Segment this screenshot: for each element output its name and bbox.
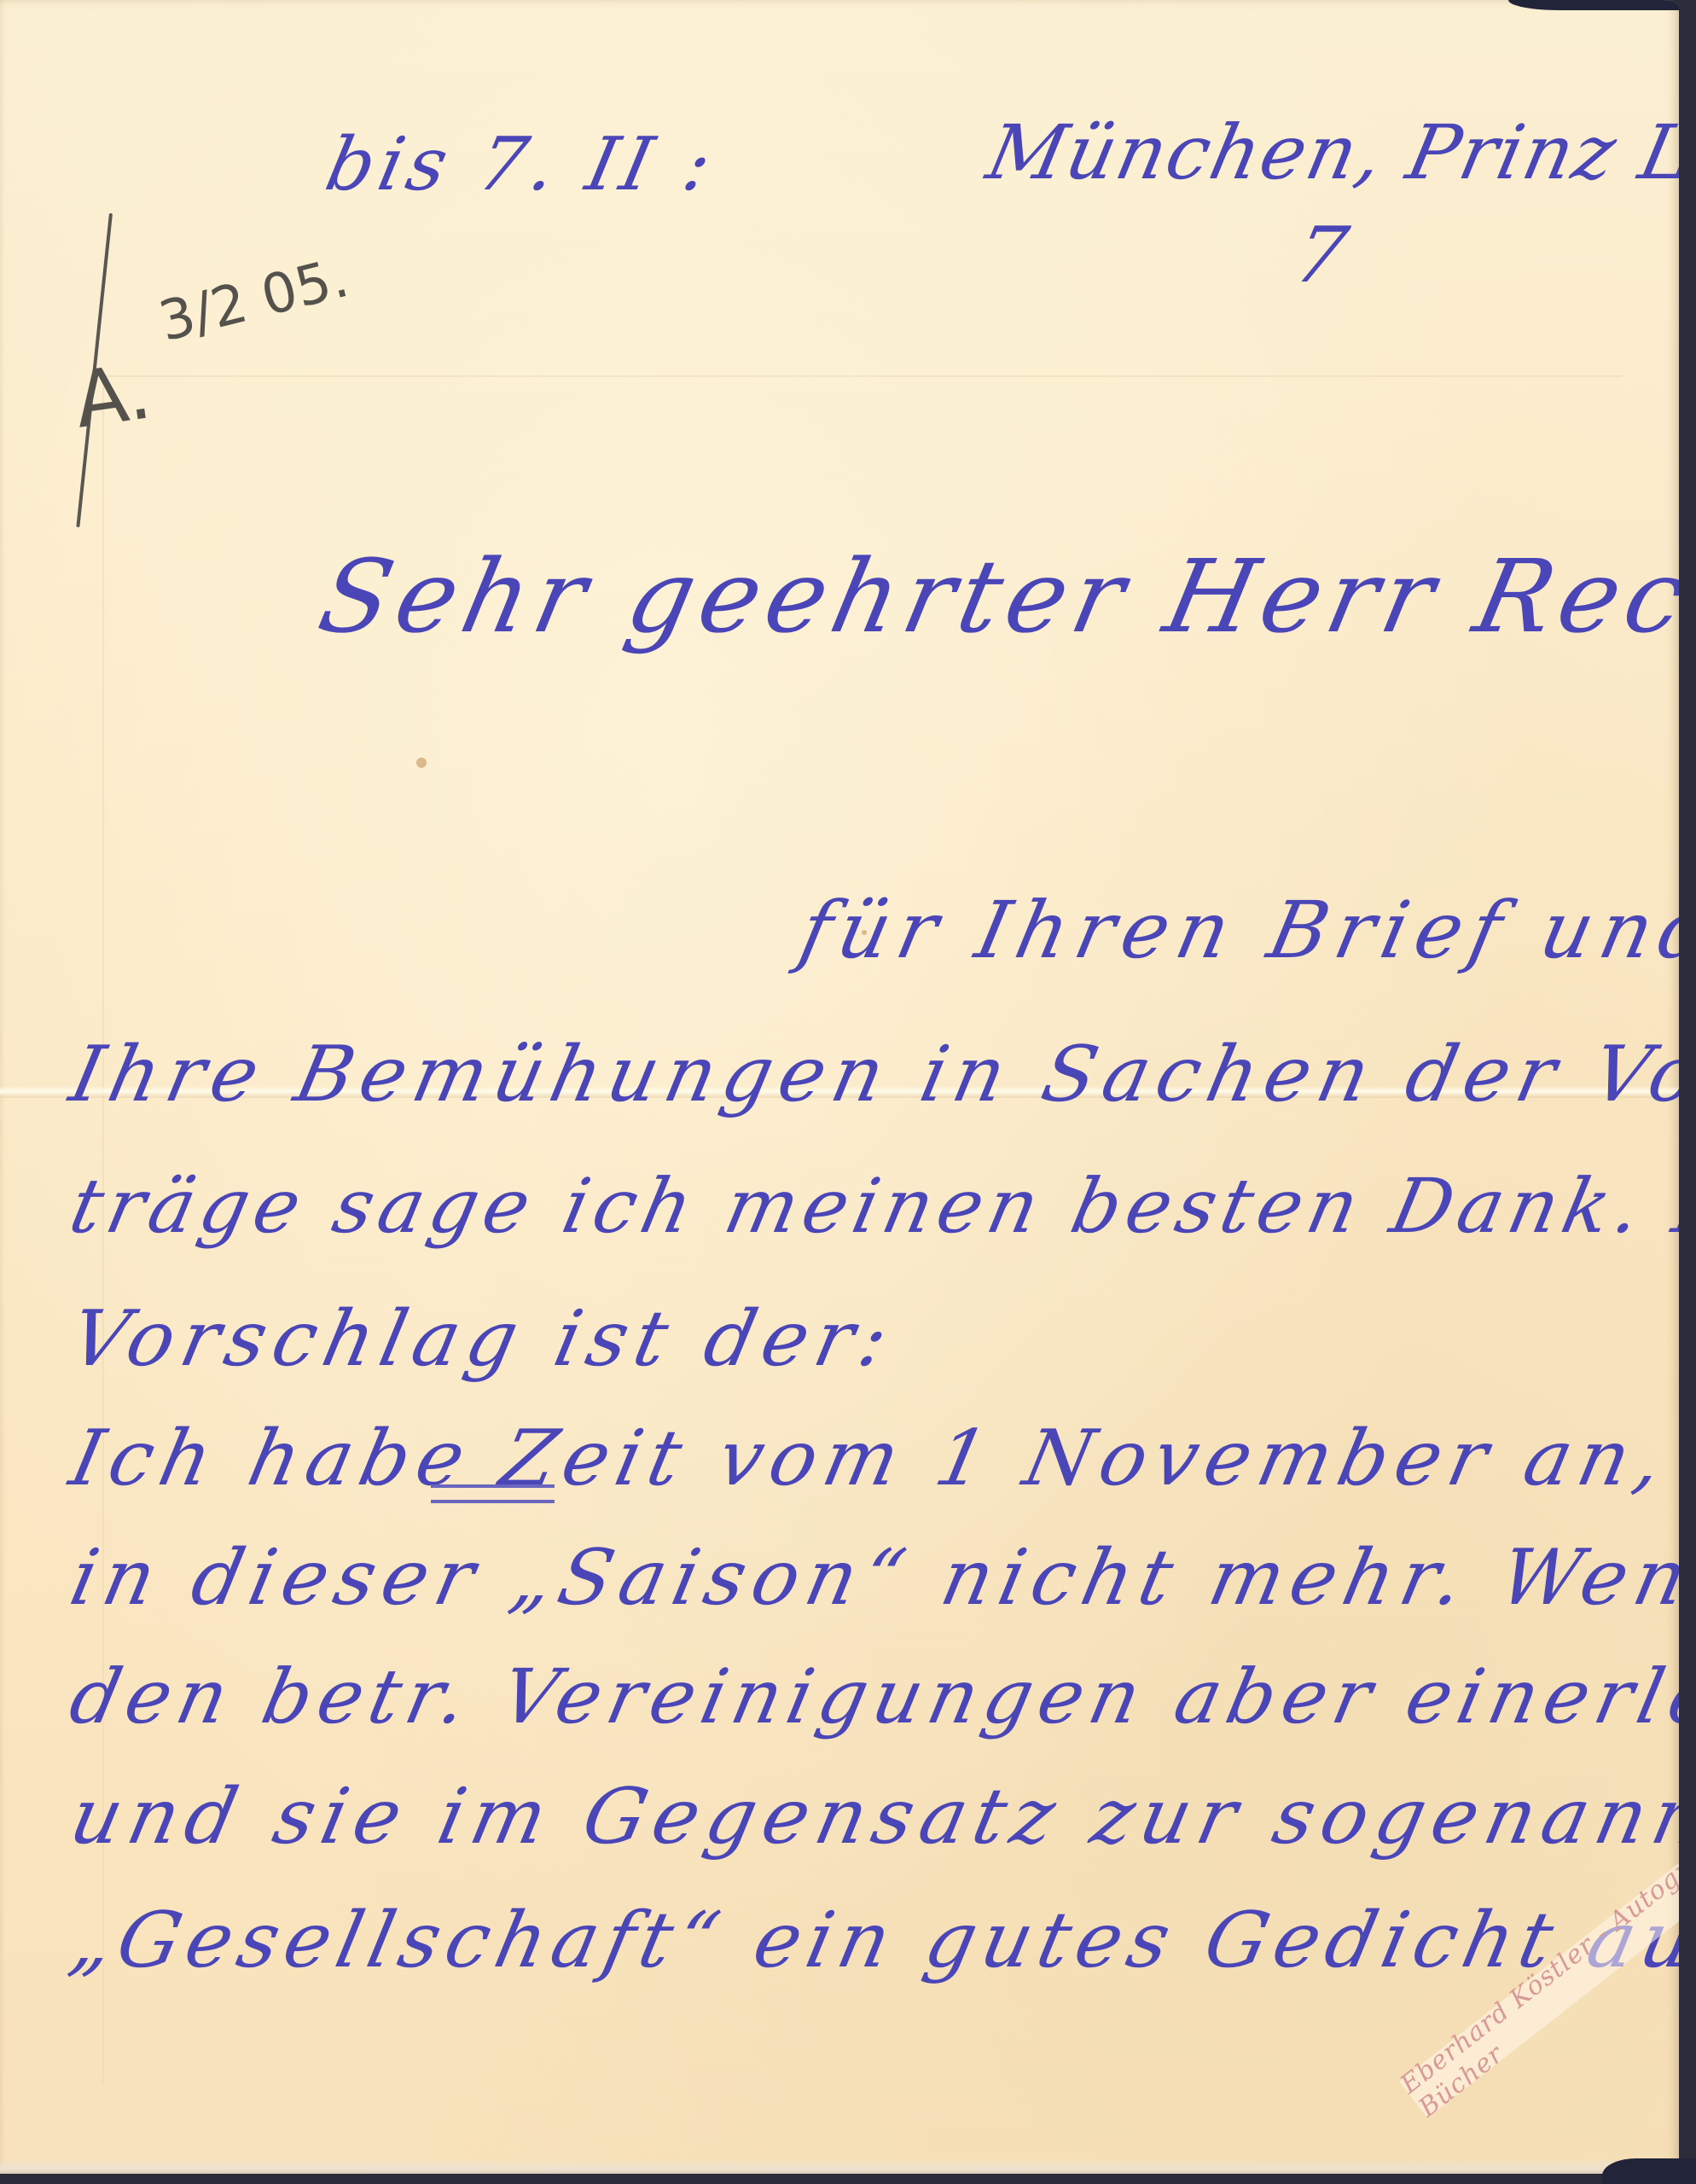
- header-address-line1: München, Prinz Ludwigstr.: [981, 115, 1679, 190]
- body-line-9: „Gesellschaft“ ein gutes Gedicht auch: [64, 1902, 1679, 1979]
- body-line-3: träge sage ich meinen besten Dank. Mein: [64, 1169, 1679, 1244]
- pencil-annotation-date: 3/2 05.: [154, 251, 354, 351]
- body-line-2: Ihre Bemühungen in Sachen der Vor-: [64, 1037, 1679, 1113]
- body-line-1: für Ihren Brief und: [793, 892, 1679, 970]
- background-corner-bottom: [1602, 2158, 1696, 2184]
- letter-page: bis 7. II : München, Prinz Ludwigstr. 7 …: [0, 0, 1679, 2174]
- salutation: Sehr geehrter Herr Rechtsanwalt,: [311, 546, 1679, 647]
- paper-torn-edge: [0, 2158, 1679, 2174]
- body-line-4: Vorschlag ist der:: [64, 1301, 902, 1378]
- paper-stain: [416, 758, 427, 768]
- paper-stain: [862, 930, 867, 935]
- header-date-note: bis 7. II :: [320, 128, 723, 201]
- background-corner-top: [1508, 0, 1679, 10]
- body-line-7: den betr. Vereinigungen aber einerlei is…: [64, 1659, 1679, 1734]
- body-line-5: Ich habe Zeit vom 1 November an, d.h.: [64, 1420, 1679, 1497]
- body-line-8: und sie im Gegensatz zur sogenannten: [64, 1779, 1679, 1856]
- zeit-double-underline: [431, 1484, 555, 1503]
- pencil-annotation-letter: A.: [70, 353, 155, 439]
- header-address-line2: 7: [1288, 218, 1358, 294]
- body-line-6: in dieser „Saison“ nicht mehr. Wenn es: [64, 1540, 1679, 1617]
